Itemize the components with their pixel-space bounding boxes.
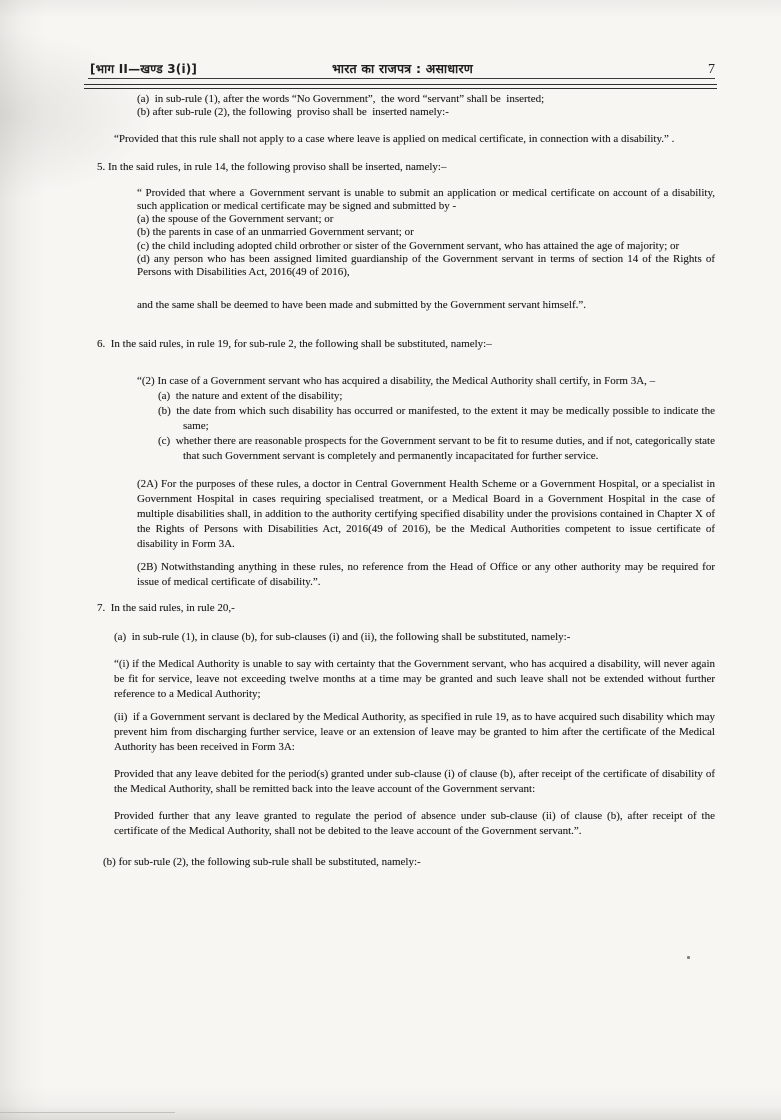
rule-6-list-b: (b) the date from which such disability … (158, 404, 715, 434)
rule-7-proviso-2: Provided further that any leave granted … (114, 809, 715, 839)
rule-6-sub2: “(2) In case of a Government servant who… (137, 374, 715, 389)
rule-5-closing: and the same shall be deemed to have bee… (137, 299, 715, 312)
gazette-page: [भाग II—खण्ड 3(i)] भारत का राजपत्र : असा… (0, 0, 781, 1120)
page-header: [भाग II—खण्ड 3(i)] भारत का राजपत्र : असा… (90, 60, 715, 77)
rule-7-item-a: (a) in sub-rule (1), in clause (b), for … (114, 631, 715, 644)
rule-6-list-c: (c) whether there are reasonable prospec… (158, 434, 715, 464)
para-amend-a: (a) in sub-rule (1), after the words “No… (137, 93, 715, 106)
rule-5-proviso: “ Provided that where a Government serva… (137, 187, 715, 213)
rule-5-heading: 5. In the said rules, in rule 14, the fo… (97, 161, 715, 174)
rule-5-item-b: (b) the parents in case of an unmarried … (137, 226, 715, 239)
rule-7-heading: 7. In the said rules, in rule 20,- (97, 602, 715, 615)
rule-6-sub2b: (2B) Notwithstanding anything in these r… (137, 560, 715, 590)
rule-7-subclause-i: “(i) if the Medical Authority is unable … (114, 657, 715, 702)
header-double-rule (84, 84, 717, 89)
header-gazette-title: भारत का राजपत्र : असाधारण (90, 60, 715, 77)
header-underline (88, 78, 715, 79)
rule-5-item-c: (c) the child including adopted child or… (137, 240, 715, 253)
para-proviso-medical: “Provided that this rule shall not apply… (114, 133, 715, 146)
rule-7-proviso-1: Provided that any leave debited for the … (114, 767, 715, 797)
rule-6-list-a: (a) the nature and extent of the disabil… (158, 389, 715, 404)
rule-6-heading: 6. In the said rules, in rule 19, for su… (97, 338, 715, 351)
rule-6-sub2a: (2A) For the purposes of these rules, a … (137, 477, 715, 552)
rule-7-item-b: (b) for sub-rule (2), the following sub-… (103, 856, 715, 869)
scan-speck (687, 956, 690, 959)
rule-7-subclause-ii: (ii) if a Government servant is declared… (114, 710, 715, 755)
rule-5-item-d: (d) any person who has been assigned lim… (137, 253, 715, 279)
rule-5-item-a: (a) the spouse of the Government servant… (137, 213, 715, 226)
document-body: (a) in sub-rule (1), after the words “No… (95, 93, 715, 869)
para-amend-b: (b) after sub-rule (2), the following pr… (137, 106, 715, 119)
scan-edge-line (0, 1112, 175, 1113)
